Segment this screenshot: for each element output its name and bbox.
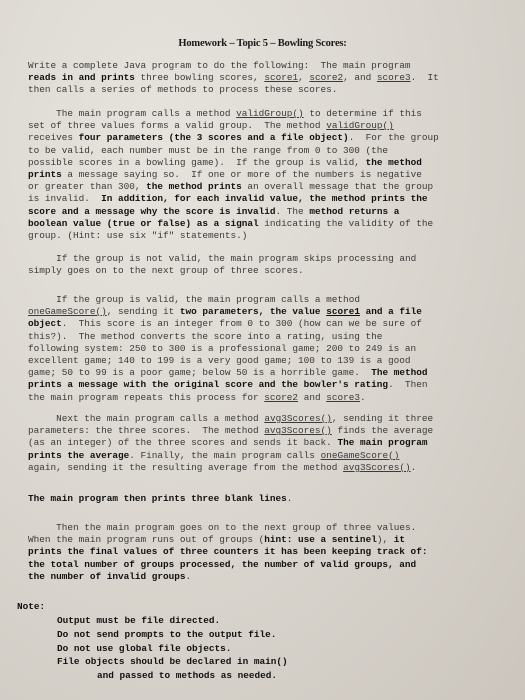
- emphasis: reads in and prints: [28, 72, 135, 83]
- emphasis: score1: [326, 306, 360, 317]
- method-ref: validGroup(): [236, 108, 304, 119]
- note-label: Note:: [17, 601, 45, 612]
- emphasis: the method prints: [28, 157, 422, 180]
- method-ref: score3: [377, 72, 411, 83]
- emphasis: two parameters, the value: [180, 306, 326, 317]
- paragraph-counters: Then the main program goes on to the nex…: [28, 522, 508, 583]
- paragraph-intro: Write a complete Java program to do the …: [28, 60, 508, 97]
- homework-page: Homework – Topic 5 – Bowling Scores: Wri…: [0, 0, 525, 700]
- method-ref: avg3Scores(): [264, 413, 332, 424]
- paragraph-blank-lines: The main program then prints three blank…: [28, 493, 508, 505]
- method-ref: score2: [264, 392, 298, 403]
- note-item: Do not send prompts to the output file.: [57, 628, 288, 642]
- paragraph-one-game-score: If the group is valid, the main program …: [28, 294, 508, 404]
- note-item: Output must be file directed.: [57, 614, 288, 628]
- method-ref: score2: [309, 72, 343, 83]
- paragraph-valid-group: The main program calls a method validGro…: [28, 108, 508, 242]
- note-list: Output must be file directed. Do not sen…: [57, 614, 288, 683]
- method-ref: validGroup(): [326, 120, 394, 131]
- emphasis: the method prints: [146, 181, 242, 192]
- emphasis: The main program then prints three blank…: [28, 493, 287, 504]
- method-ref: score1: [264, 72, 298, 83]
- method-ref: avg3Scores(): [264, 425, 332, 436]
- method-ref: oneGameScore(): [28, 306, 107, 317]
- note-item: File objects should be declared in main(…: [57, 655, 288, 669]
- method-ref: oneGameScore(): [321, 450, 400, 461]
- paragraph-not-valid: If the group is not valid, the main prog…: [28, 253, 508, 277]
- method-ref: score1: [326, 306, 360, 317]
- method-ref: score3: [326, 392, 360, 403]
- emphasis: The method prints a message with the ori…: [28, 367, 427, 390]
- note-item: and passed to methods as needed.: [57, 669, 288, 683]
- emphasis: four parameters (the 3 scores and a file…: [79, 132, 349, 143]
- paragraph-avg3scores: Next the main program calls a method avg…: [28, 413, 508, 474]
- page-title: Homework – Topic 5 – Bowling Scores:: [0, 38, 525, 49]
- emphasis: hint: use a sentinel: [264, 534, 377, 545]
- method-ref: avg3Scores(): [343, 462, 411, 473]
- note-item: Do not use global file objects.: [57, 642, 288, 656]
